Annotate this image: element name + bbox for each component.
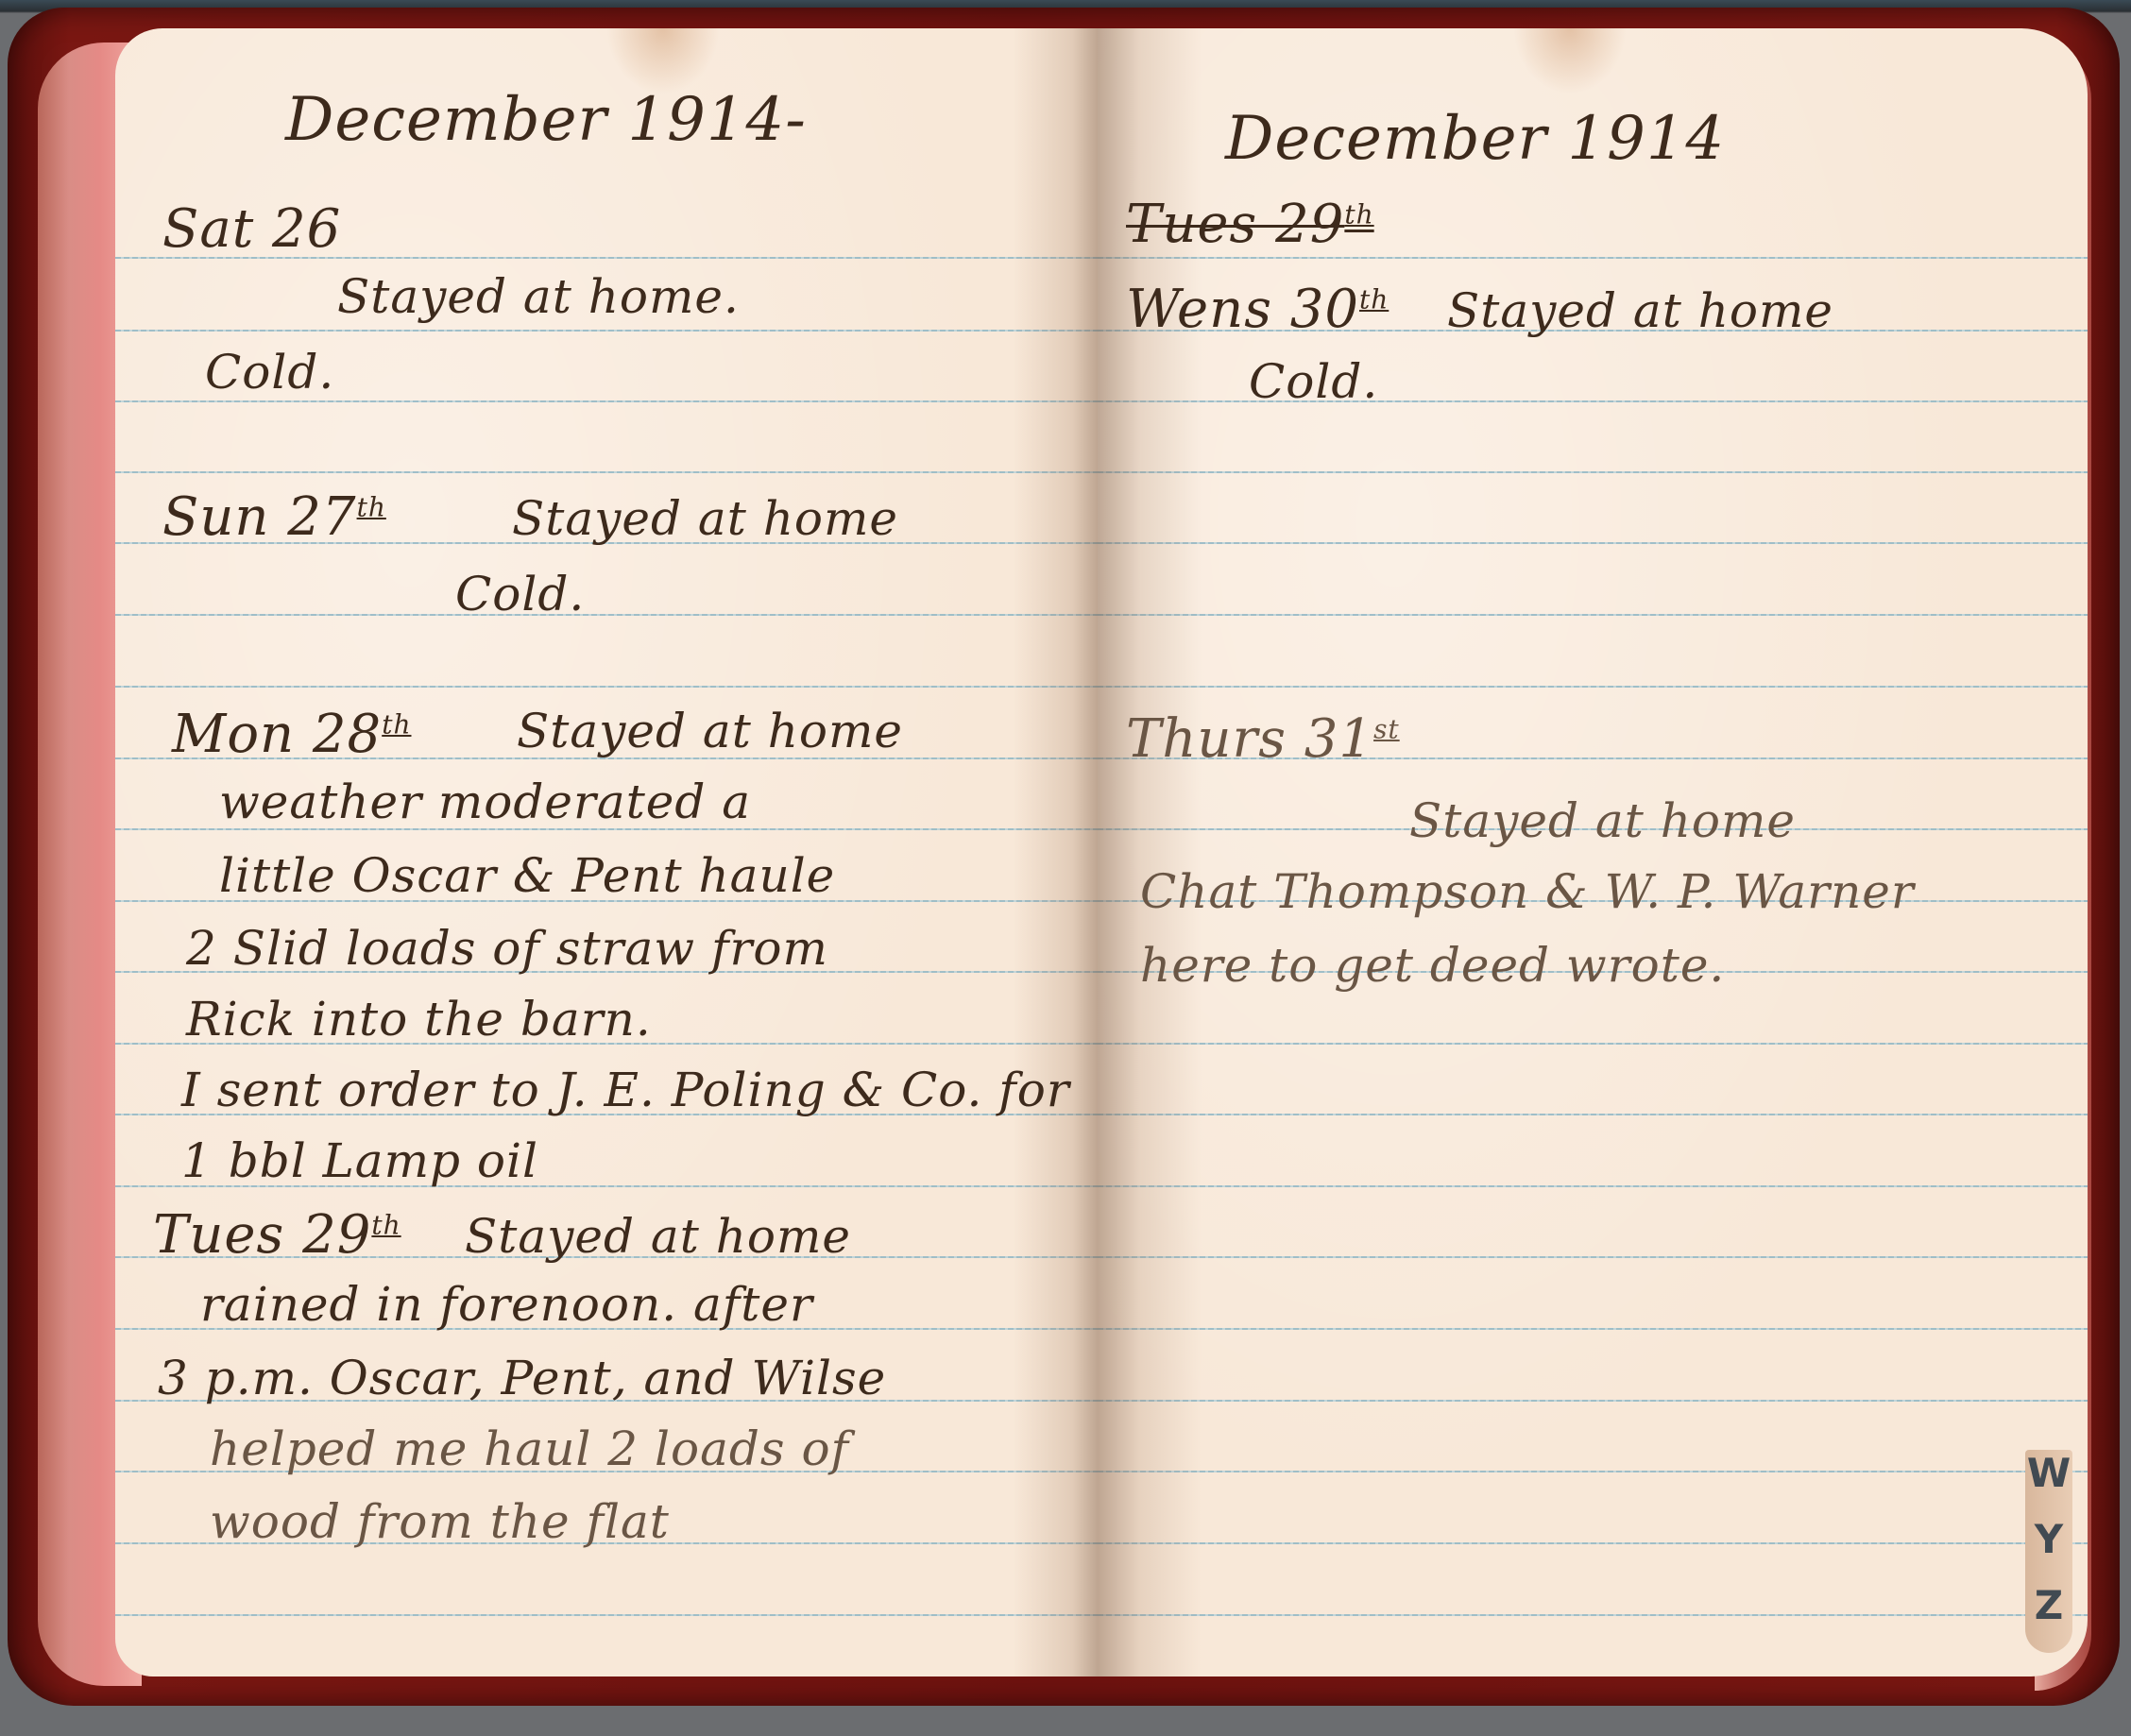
entry-text: helped me haul 2 loads of <box>210 1421 849 1476</box>
entry-date: Wens 30th <box>1126 279 1389 340</box>
entry-date: Tues 29th <box>153 1204 401 1266</box>
ruled-line <box>1098 686 2088 688</box>
ruled-line <box>115 614 1098 616</box>
entry-text: Cold. <box>455 567 585 621</box>
entry-text: 3 p.m. Oscar, Pent, and Wilse <box>158 1351 886 1405</box>
entry-date-suffix: th <box>371 1209 401 1240</box>
entry-date-suffix: th <box>1344 198 1373 230</box>
ruled-line <box>1098 1043 2088 1045</box>
entry-text: Stayed at home <box>517 704 903 758</box>
thumb-index-tab-y[interactable]: Y <box>2025 1516 2072 1587</box>
ruled-line <box>115 686 1098 688</box>
entry-date-struck: Tues 29th <box>1126 194 1374 255</box>
ruled-line <box>115 400 1098 402</box>
entry-date-suffix: th <box>357 491 386 522</box>
entry-text: Cold. <box>205 345 334 400</box>
entry-text: Chat Thompson & W. P. Warner <box>1140 864 1915 919</box>
ruled-line <box>1098 471 2088 473</box>
ruled-line <box>1098 1542 2088 1544</box>
entry-text: here to get deed wrote. <box>1140 938 1725 993</box>
entry-date-suffix: th <box>1359 283 1389 315</box>
ruled-line <box>115 330 1098 332</box>
entry-text: I sent order to J. E. Poling & Co. for <box>181 1063 1070 1117</box>
ruled-line <box>1098 614 2088 616</box>
ruled-line <box>1098 1614 2088 1616</box>
entry-text: 2 Slid loads of straw from <box>186 921 828 976</box>
entry-date-text: Wens 30 <box>1126 279 1359 340</box>
ruled-line <box>1098 1471 2088 1472</box>
entry-date-text: Mon 28 <box>172 704 382 765</box>
ruled-line <box>1098 542 2088 544</box>
entry-date: Thurs 31st <box>1126 708 1400 770</box>
entry-date-suffix: th <box>382 708 411 740</box>
entry-text: Stayed at home <box>1447 283 1833 338</box>
ruled-line <box>1098 1185 2088 1187</box>
entry-date-text: Tues 29 <box>153 1204 371 1266</box>
entry-date: Sat 26 <box>162 198 341 260</box>
entry-date-text: Tues 29 <box>1126 194 1344 255</box>
entry-date: Mon 28th <box>172 704 411 765</box>
entry-text: weather moderated a <box>219 774 751 829</box>
ruled-line <box>1098 1114 2088 1115</box>
entry-date-text: Sun 27 <box>162 486 357 548</box>
entry-text: wood from the flat <box>210 1494 670 1549</box>
entry-text: Rick into the barn. <box>186 992 652 1047</box>
page-header: December 1914 <box>1225 104 1725 174</box>
right-page: December 1914 Tues 29th Wens 30th Stayed… <box>1098 28 2088 1676</box>
entry-text: 1 bbl Lamp oil <box>181 1133 538 1188</box>
ruled-line <box>1098 1256 2088 1258</box>
thumb-index-tab-z[interactable]: Z <box>2025 1582 2072 1653</box>
paper-stain <box>1513 28 1627 94</box>
entry-date-text: Thurs 31 <box>1126 708 1373 770</box>
thumb-index-tab-w[interactable]: W <box>2025 1450 2072 1521</box>
entry-date: Sun 27th <box>162 486 386 548</box>
entry-text: Stayed at home <box>465 1209 851 1264</box>
entry-text: Stayed at home <box>512 491 898 546</box>
entry-date-suffix: st <box>1373 713 1400 744</box>
page-header: December 1914- <box>285 85 807 155</box>
ruled-line <box>115 1614 1098 1616</box>
entry-text: rained in forenoon. after <box>200 1277 813 1332</box>
ruled-line <box>1098 1400 2088 1402</box>
ruled-line <box>1098 257 2088 259</box>
left-page: December 1914- Sat 26 Stayed at home. Co… <box>115 28 1098 1676</box>
entry-text: Stayed at home. <box>337 269 740 324</box>
entry-text: little Oscar & Pent haule <box>219 848 835 903</box>
entry-text: Stayed at home <box>1409 793 1796 848</box>
ruled-line <box>115 471 1098 473</box>
entry-text: Cold. <box>1249 354 1378 409</box>
ruled-line <box>1098 400 2088 402</box>
ruled-line <box>1098 1328 2088 1330</box>
